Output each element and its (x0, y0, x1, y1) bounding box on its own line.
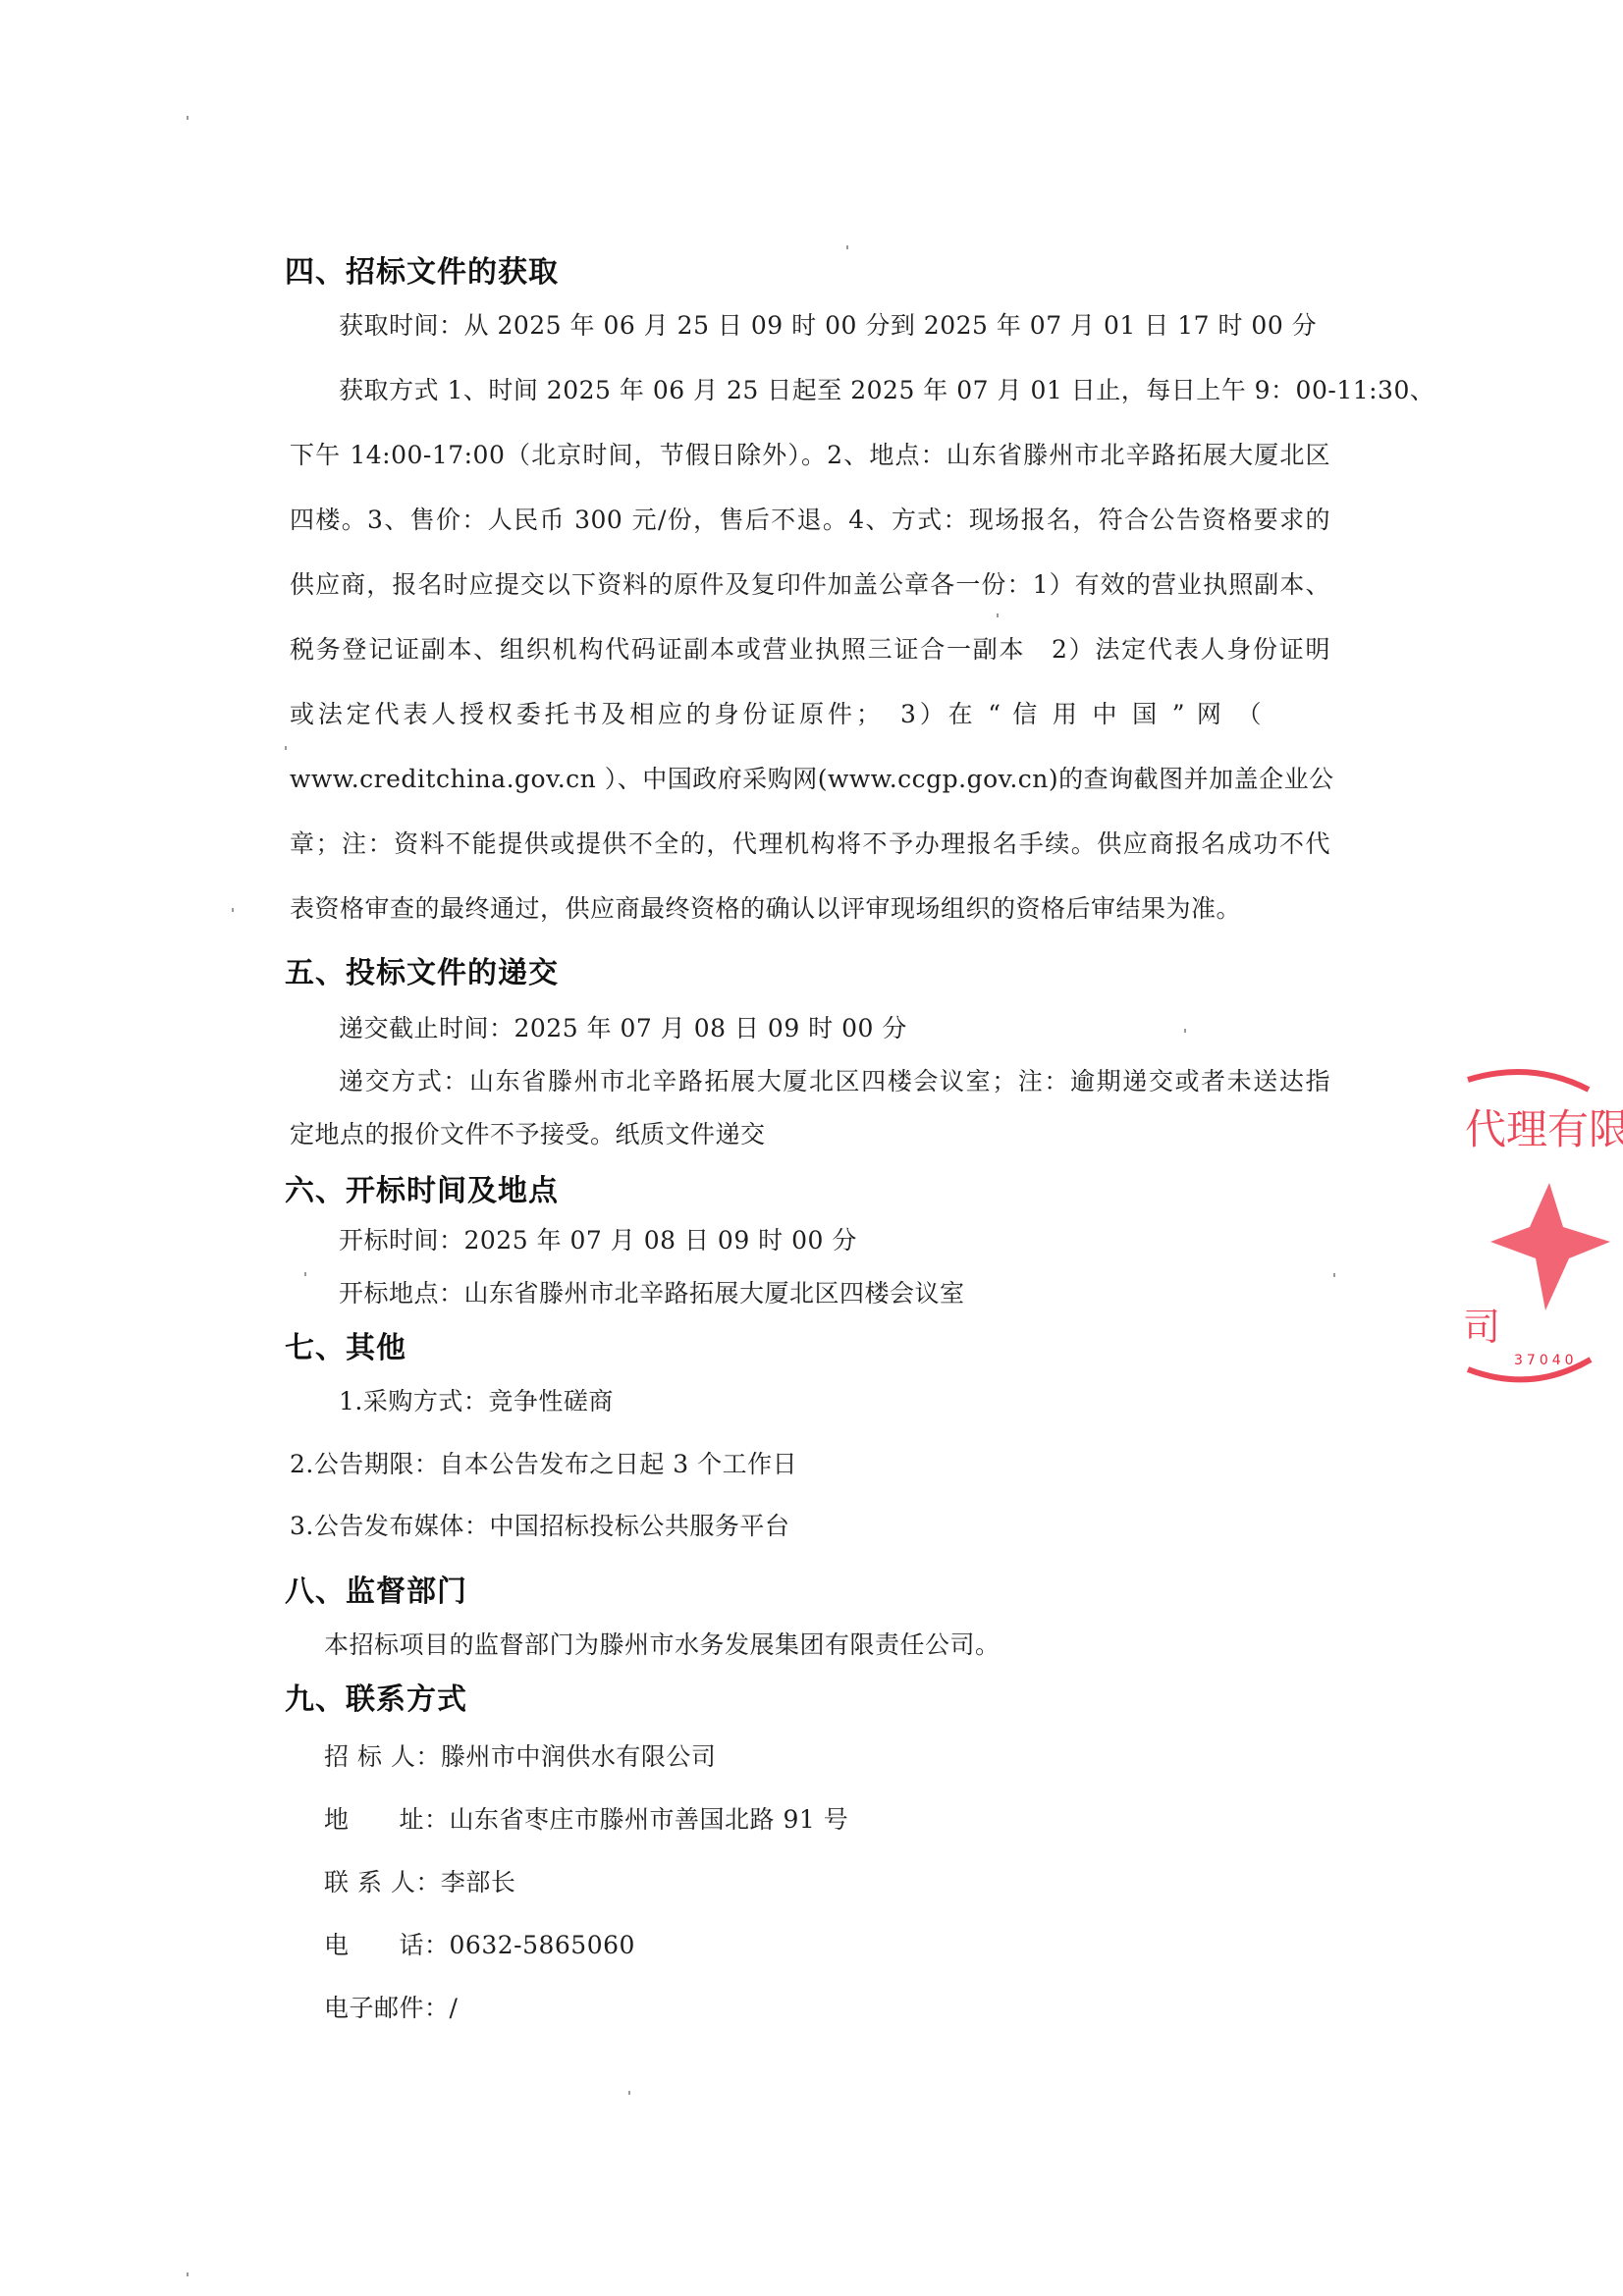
s4-method-line-5: 或法定代表人授权委托书及相应的身份证原件； 3）在 “ 信 用 中 国 ” 网 … (290, 695, 1262, 730)
contact-value: 滕州市中润供水有限公司 (441, 1742, 717, 1771)
section-8-heading: 八、监督部门 (285, 1567, 467, 1610)
scan-speck (1333, 1273, 1335, 1277)
s4-method-line-1: 下午 14:00-17:00（北京时间，节假日除外）。2、地点：山东省滕州市北辛… (290, 436, 1330, 471)
seal-text-bottom: 司 (1463, 1306, 1500, 1349)
document-page: 四、招标文件的获取 获取时间：从 2025 年 06 月 25 日 09 时 0… (0, 0, 1623, 2296)
s7-item-3: 3.公告发布媒体：中国招标投标公共服务平台 (290, 1507, 789, 1542)
contact-label: 招 标 人： (324, 1737, 441, 1773)
s4-method-line-7: 章；注：资料不能提供或提供不全的，代理机构将不予办理报名手续。供应商报名成功不代 (290, 825, 1330, 860)
s4-method-line-4: 税务登记证副本、组织机构代码证副本或营业执照三证合一副本 2）法定代表人身份证明 (290, 630, 1330, 666)
s5-deadline: 递交截止时间：2025 年 07 月 08 日 09 时 00 分 (339, 1009, 907, 1044)
contact-value: 山东省枣庄市滕州市善国北路 91 号 (450, 1805, 849, 1834)
contact-label: 联 系 人： (324, 1863, 441, 1898)
company-seal: 代理有限 司 37040 (1443, 1041, 1623, 1394)
contact-value: 0632-5865060 (450, 1931, 635, 1959)
scan-speck (628, 2091, 630, 2095)
contact-value: / (450, 1994, 459, 2022)
scan-speck (846, 245, 848, 249)
s7-item-2: 2.公告期限：自本公告发布之日起 3 个工作日 (290, 1445, 797, 1480)
seal-star-icon: 代理有限 司 37040 (1443, 1041, 1623, 1394)
contact-row-phone: 电 话：0632-5865060 (324, 1926, 635, 1961)
s7-item-1: 1.采购方式：竞争性磋商 (339, 1382, 614, 1417)
section-5-heading: 五、投标文件的递交 (285, 948, 559, 991)
s4-time: 获取时间：从 2025 年 06 月 25 日 09 时 00 分到 2025 … (339, 306, 1317, 342)
section-4-heading: 四、招标文件的获取 (285, 247, 559, 291)
s6-place: 开标地点：山东省滕州市北辛路拓展大厦北区四楼会议室 (339, 1274, 965, 1309)
s4-method-line-8: 表资格审查的最终通过，供应商最终资格的确认以评审现场组织的资格后审结果为准。 (290, 889, 1241, 925)
contact-label: 电 话： (324, 1926, 450, 1961)
s4-method-line-0: 获取方式 1、时间 2025 年 06 月 25 日起至 2025 年 07 月… (339, 371, 1330, 406)
s6-time: 开标时间：2025 年 07 月 08 日 09 时 00 分 (339, 1221, 857, 1256)
scan-speck (187, 2272, 189, 2276)
scan-speck (304, 1272, 306, 1276)
contact-row-email: 电子邮件：/ (324, 1989, 458, 2024)
s5-method-line-1: 定地点的报价文件不予接受。纸质文件递交 (290, 1115, 766, 1150)
contact-value: 李部长 (441, 1868, 516, 1896)
contact-row-bidder: 招 标 人：滕州市中润供水有限公司 (324, 1737, 716, 1773)
s4-method-line-6: www.creditchina.gov.cn ）、中国政府采购网(www.ccg… (290, 760, 1330, 795)
seal-code: 37040 (1514, 1353, 1578, 1368)
contact-row-person: 联 系 人：李部长 (324, 1863, 515, 1898)
s5-method-line-0: 递交方式：山东省滕州市北辛路拓展大厦北区四楼会议室；注：逾期递交或者未送达指 (339, 1062, 1330, 1097)
s4-method-line-3: 供应商，报名时应提交以下资料的原件及复印件加盖公章各一份：1）有效的营业执照副本… (290, 565, 1330, 601)
section-7-heading: 七、其他 (285, 1323, 406, 1366)
scan-speck (1184, 1029, 1186, 1033)
s4-method-line-2: 四楼。3、售价：人民币 300 元/份，售后不退。4、方式：现场报名，符合公告资… (290, 501, 1330, 536)
contact-label: 电子邮件： (324, 1989, 450, 2024)
seal-text-top: 代理有限 (1465, 1105, 1623, 1153)
contact-row-address: 地 址：山东省枣庄市滕州市善国北路 91 号 (324, 1800, 848, 1836)
scan-speck (997, 614, 999, 617)
scan-speck (232, 908, 234, 912)
s8-text: 本招标项目的监督部门为滕州市水务发展集团有限责任公司。 (324, 1626, 1001, 1661)
section-6-heading: 六、开标时间及地点 (285, 1166, 559, 1209)
scan-speck (187, 116, 189, 120)
contact-label: 地 址： (324, 1800, 450, 1836)
scan-speck (285, 746, 287, 750)
section-9-heading: 九、联系方式 (285, 1675, 467, 1718)
